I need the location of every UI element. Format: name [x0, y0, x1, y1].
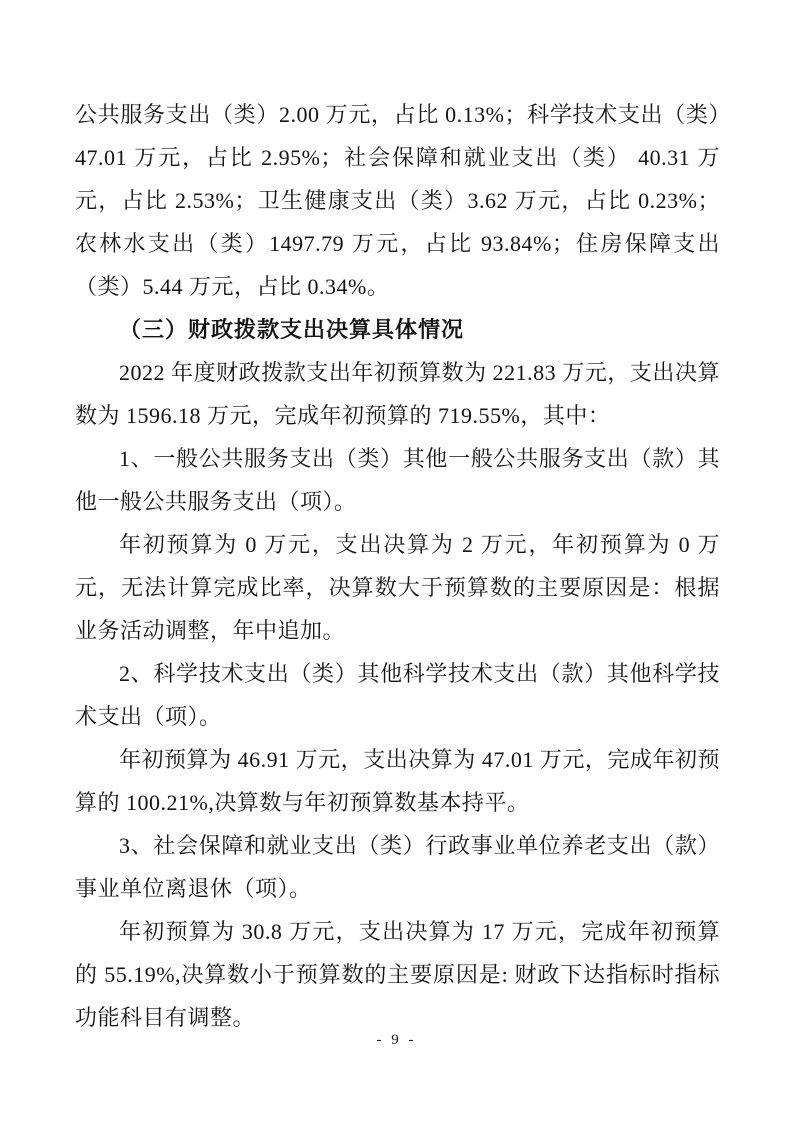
paragraph-item-2-detail: 年初预算为 46.91 万元，支出决算为 47.01 万元，完成年初预算的 10…	[75, 738, 720, 824]
document-page: 公共服务支出（类）2.00 万元，占比 0.13%；科学技术支出（类）47.01…	[0, 0, 793, 1122]
document-body: 公共服务支出（类）2.00 万元，占比 0.13%；科学技术支出（类）47.01…	[75, 93, 720, 1039]
paragraph-item-1-title: 1、一般公共服务支出（类）其他一般公共服务支出（款）其他一般公共服务支出（项）。	[75, 437, 720, 523]
paragraph-item-3-title: 3、社会保障和就业支出（类）行政事业单位养老支出（款）事业单位离退休（项）。	[75, 824, 720, 910]
paragraph-item-1-detail: 年初预算为 0 万元，支出决算为 2 万元，年初预算为 0 万元，无法计算完成比…	[75, 523, 720, 652]
paragraph-item-2-title: 2、科学技术支出（类）其他科学技术支出（款）其他科学技术支出（项）。	[75, 652, 720, 738]
section-heading-fiscal-appropriation-details: （三）财政拨款支出决算具体情况	[75, 308, 720, 351]
page-number: - 9 -	[0, 1028, 793, 1052]
paragraph-item-3-detail: 年初预算为 30.8 万元，支出决算为 17 万元，完成年初预算的 55.19%…	[75, 910, 720, 1039]
paragraph-expenditure-breakdown: 公共服务支出（类）2.00 万元，占比 0.13%；科学技术支出（类）47.01…	[75, 93, 720, 308]
paragraph-annual-budget-summary: 2022 年度财政拨款支出年初预算数为 221.83 万元，支出决算数为 159…	[75, 351, 720, 437]
